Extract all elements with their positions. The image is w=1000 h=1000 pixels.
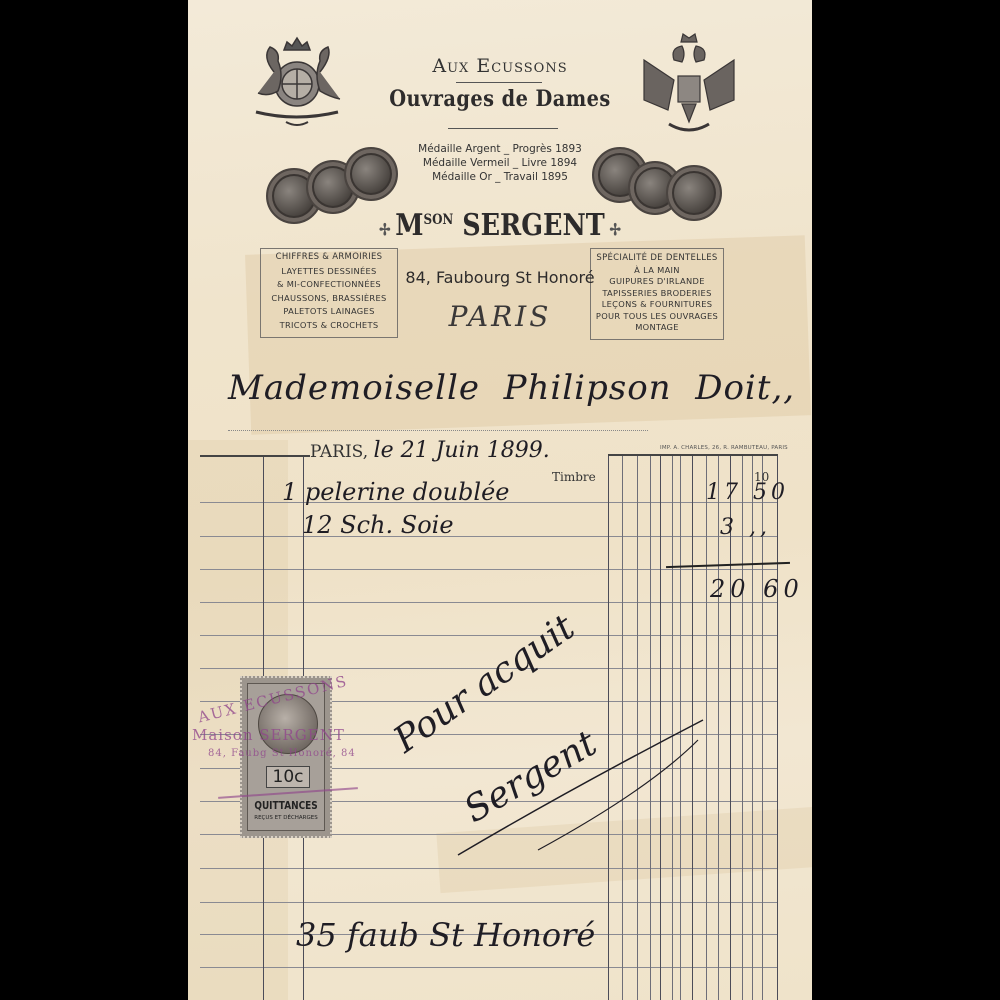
shop-city: PARIS (188, 300, 812, 333)
item-description: 1 pelerine doublée (282, 478, 510, 506)
item-description: 12 Sch. Soie (302, 511, 454, 539)
shop-name: Aux Ecussons (188, 55, 812, 77)
trade-title: Ouvrages de Dames (225, 86, 774, 112)
ornament-rule (456, 82, 542, 83)
timbre-label: Timbre (552, 470, 596, 484)
cancel-stamp-line: Maison SERGENT (192, 726, 345, 744)
item-amount: 17 50 (706, 480, 789, 505)
medal-list: Médaille Argent _ Progrès 1893 Médaille … (188, 142, 812, 184)
date-line: PARIS, le 21 Juin 1899. (310, 438, 550, 463)
stamp-value: 10c (266, 766, 310, 788)
medal-line: Médaille Argent _ Progrès 1893 (188, 142, 812, 156)
ornament-rule (448, 128, 558, 129)
printer-credit: IMP. A. CHARLES, 26, R. RAMBUTEAU, PARIS (660, 445, 788, 451)
cancel-stamp-line: 84, Faubg St Honoré, 84 (208, 748, 356, 759)
stamp-sublabel: REÇUS ET DÉCHARGES (248, 815, 324, 821)
footer-note: 35 faub St Honoré (296, 916, 595, 954)
item-amount: 3 ,, (720, 515, 771, 540)
grid-top-line (200, 455, 310, 457)
medal-line: Médaille Or _ Travail 1895 (188, 170, 812, 184)
recipient-line: Mademoiselle Philipson Doit,, (228, 368, 795, 408)
shop-address: 84, Faubourg St Honoré (188, 268, 812, 287)
stamp-label: QUITTANCES (254, 800, 319, 812)
date-handwritten: le 21 Juin 1899. (374, 438, 550, 463)
signature-flourish (448, 680, 728, 880)
date-prefix: PARIS, (310, 442, 368, 462)
invoice-total: 20 60 (710, 575, 804, 603)
british-coat-of-arms-icon (236, 32, 358, 137)
grid-col (777, 456, 778, 1000)
invoice-paper: Aux Ecussons Ouvrages de Dames Médaille … (188, 0, 812, 1000)
recipient-dotted-line (228, 430, 648, 432)
maison-name: ✢ MSON SERGENT ✢ (235, 208, 765, 243)
medal-line: Médaille Vermeil _ Livre 1894 (188, 156, 812, 170)
total-rule (666, 562, 790, 568)
